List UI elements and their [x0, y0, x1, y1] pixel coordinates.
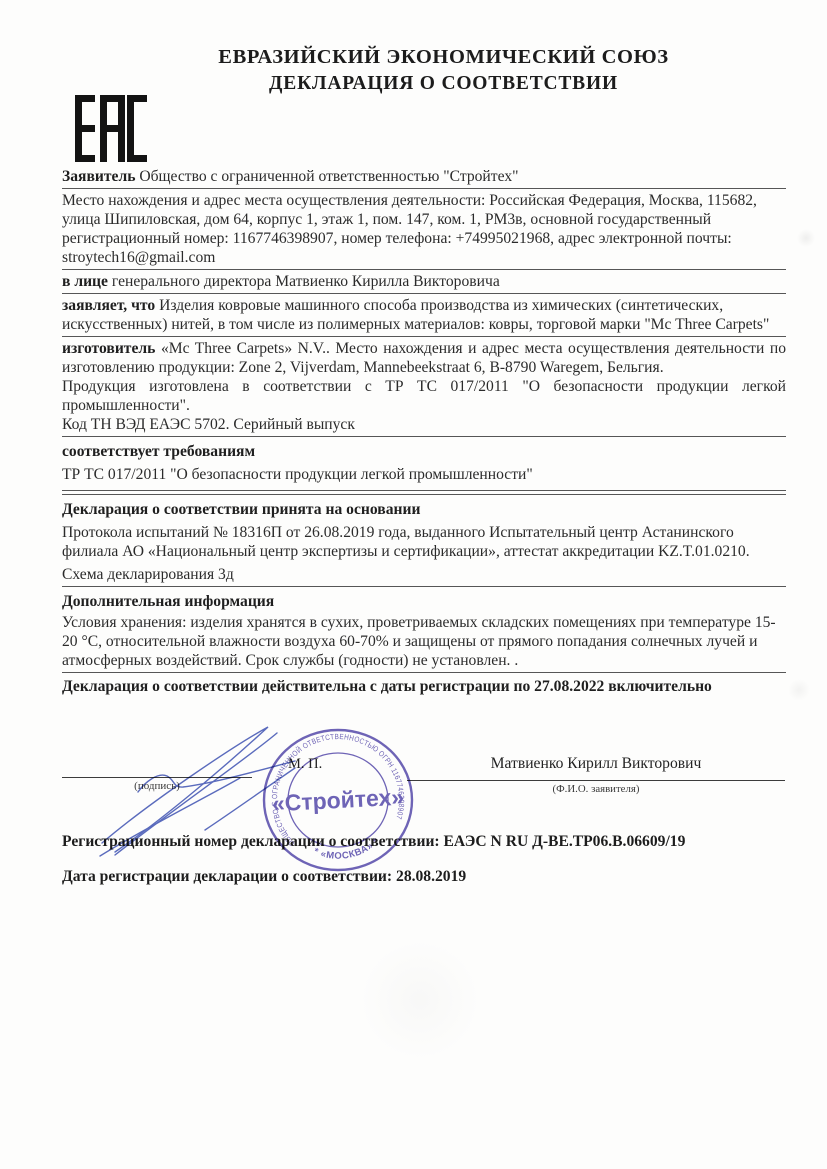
tn-ved-line: Код ТН ВЭД ЕАЭС 5702. Серийный выпуск: [62, 415, 786, 434]
additional-text: Условия хранения: изделия хранятся в сух…: [62, 613, 786, 670]
stamp-center-text: «Стройтех»: [271, 784, 404, 817]
complies-heading: соответствует требованиям: [62, 439, 786, 463]
manufacturer-value: «Mc Three Carpets» N.V.. Место нахождени…: [62, 340, 786, 376]
complies-text: ТР ТС 017/2011 "О безопасности продукции…: [62, 463, 786, 488]
basis-text: Протокола испытаний № 18316П от 26.08.20…: [62, 521, 786, 565]
applicant-value: Общество с ограниченной ответственностью…: [139, 168, 518, 185]
manufacturer-label: изготовитель: [62, 340, 155, 357]
in-person-row: в лице генерального директора Матвиенко …: [62, 270, 786, 294]
union-title: ЕВРАЗИЙСКИЙ ЭКОНОМИЧЕСКИЙ СОЮЗ: [60, 46, 827, 69]
document-title: ДЕКЛАРАЦИЯ О СООТВЕТСТВИИ: [60, 73, 827, 95]
additional-info-row: Дополнительная информация Условия хранен…: [62, 587, 786, 673]
applicant-address-row: Место нахождения и адрес места осуществл…: [62, 189, 786, 270]
additional-heading: Дополнительная информация: [62, 589, 786, 613]
declares-row: заявляет, что Изделия ковровые машинного…: [62, 294, 786, 337]
declares-value: Изделия ковровые машинного способа произ…: [62, 297, 769, 333]
in-person-value: генерального директора Матвиенко Кирилла…: [112, 273, 500, 290]
basis-heading: Декларация о соответствии принята на осн…: [62, 497, 786, 521]
declaration-body: Заявитель Общество с ограниченной ответс…: [62, 165, 786, 698]
in-person-label: в лице: [62, 273, 108, 290]
applicant-row: Заявитель Общество с ограниченной ответс…: [62, 165, 786, 189]
company-stamp: ОБЩЕСТВО С ОГРАНИЧЕННОЙ ОТВЕТСТВЕННОСТЬЮ…: [258, 722, 420, 878]
registration-number-value: ЕАЭС N RU Д-BE.ТР06.В.06609/19: [444, 833, 686, 850]
applicant-label: Заявитель: [62, 168, 135, 185]
registration-date-line: Дата регистрации декларации о соответств…: [62, 868, 786, 886]
manufacturer-row: изготовитель «Mc Three Carpets» N.V.. Ме…: [62, 337, 786, 437]
made-in-accordance-paragraph: Продукция изготовлена в соответствии с Т…: [62, 377, 786, 415]
scheme-line: Схема декларирования 3д: [62, 565, 786, 584]
document-header: ЕВРАЗИЙСКИЙ ЭКОНОМИЧЕСКИЙ СОЮЗ ДЕКЛАРАЦИ…: [0, 0, 827, 95]
complies-row: соответствует требованиям ТР ТС 017/2011…: [62, 437, 786, 491]
declares-label: заявляет, что: [62, 297, 155, 314]
basis-row: Декларация о соответствии принята на осн…: [62, 495, 786, 587]
eac-logo-icon: [75, 95, 147, 162]
manufacturer-paragraph: изготовитель «Mc Three Carpets» N.V.. Ме…: [62, 339, 786, 377]
declaration-document: ЕВРАЗИЙСКИЙ ЭКОНОМИЧЕСКИЙ СОЮЗ ДЕКЛАРАЦИ…: [0, 0, 827, 1169]
validity-row: Декларация о соответствии действительна …: [62, 673, 786, 698]
